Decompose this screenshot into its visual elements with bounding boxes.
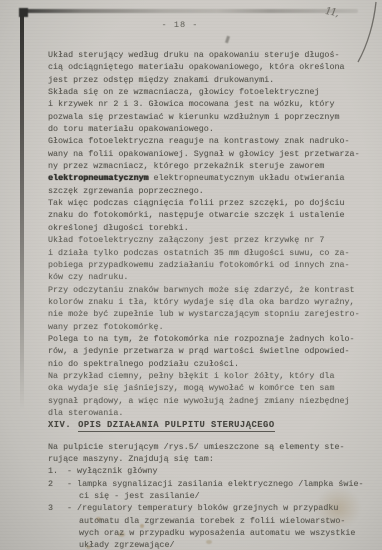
overtyped-word: elektropneumatycznym <box>48 173 149 183</box>
document-body: Układ sterujący według druku na opakowan… <box>48 49 370 550</box>
text-line: i działa tylko podczas ostatnich 35 mm d… <box>48 247 370 259</box>
text-line: Głowica fotoelektryczna reaguje na kontr… <box>48 135 370 147</box>
list-item: 3 - /regulatory temperatury bloków grzej… <box>48 502 370 550</box>
text-line: Na pulpicie sterującym /rys.5/ umieszczo… <box>48 441 370 453</box>
list-item-marker: 3 <box>48 502 67 550</box>
list-item-body: - lampka sygnalizacji zasilania elektryc… <box>67 478 370 503</box>
page-number: - 18 - <box>148 20 212 30</box>
paragraph: Głowica fotoelektryczna reaguje na kontr… <box>48 135 370 197</box>
list-item-marker: 2 <box>48 478 67 503</box>
text-line: Na przykład ciemny, pełny błękit i kolor… <box>48 370 370 382</box>
scan-edge-top <box>22 9 358 13</box>
text-line: sygnał prądowy, a więc nie wywołują żadn… <box>48 395 370 407</box>
paragraph: Na przykład ciemny, pełny błękit i kolor… <box>48 370 370 419</box>
text-line: pozwala się przestawiać w kierunku wzdłu… <box>48 111 370 123</box>
text-span: elektropneumatycznym układu otwierania <box>149 173 345 183</box>
text-line: Układ sterujący według druku na opakowan… <box>48 49 370 61</box>
list-item: 1. - wyłącznik główny <box>48 465 370 477</box>
text-line: jest przez odstęp między znakami drukowa… <box>48 74 370 86</box>
list-item-marker: 1. <box>48 465 67 477</box>
text-line: nio do spektralnego podziału czułości. <box>48 358 370 370</box>
paragraph: Układ sterujący według druku na opakowan… <box>48 49 370 86</box>
text-line: oka wydaje się jaśniejszy, mogą wywołać … <box>48 382 370 394</box>
text-line: Układ fotoelektryczny załączony jest prz… <box>48 234 370 246</box>
paragraph: Układ fotoelektryczny załączony jest prz… <box>48 234 370 283</box>
ink-speck <box>225 36 230 44</box>
text-line: elektropneumatycznym elektropneumatyczny… <box>48 172 370 184</box>
text-line: szczęk zgrzewania poprzecznego. <box>48 185 370 197</box>
scanned-page: - 18 - 11, Układ sterujący według druku … <box>0 0 382 550</box>
text-line: Przy odczytaniu znaków barwnych może się… <box>48 284 370 296</box>
text-line: - /regulatory temperatury bloków grzejny… <box>67 502 370 514</box>
text-line: układy zgrzewające/ <box>67 539 370 550</box>
text-line: rujące maszyny. Znajdują się tam: <box>48 453 370 465</box>
text-line: automatu dla zgrzewania torebek z folii … <box>67 515 370 527</box>
text-line: kolorów znaku i tła, który wydaje się dl… <box>48 296 370 308</box>
text-line: - wyłącznik główny <box>67 465 370 477</box>
text-line: Składa się on ze wzmacniacza, głowicy fo… <box>48 86 370 98</box>
paragraph: Polega to na tym, że fotokomórka nie roz… <box>48 333 370 370</box>
text-line: wany na folii opakowaniowej. Sygnał w gł… <box>48 148 370 160</box>
list-intro: Na pulpicie sterującym /rys.5/ umieszczo… <box>48 441 370 466</box>
section-number: XIV. <box>48 420 71 430</box>
section-title: OPIS DZIAŁANIA PULPITU STERUJĄCEGO <box>78 420 275 432</box>
text-line: określonej długości torebki. <box>48 222 370 234</box>
list-item: 2 - lampka sygnalizacji zasilania elektr… <box>48 478 370 503</box>
text-line: - lampka sygnalizacji zasilania elektryc… <box>67 478 370 490</box>
paragraph: Tak więc podczas ciągnięcia folii przez … <box>48 197 370 234</box>
paragraph: Składa się on ze wzmacniacza, głowicy fo… <box>48 86 370 135</box>
scan-edge-left <box>20 9 24 409</box>
text-line: ny przez wzmacniacz, którego przekaźnik … <box>48 160 370 172</box>
text-line: nie może być zupełnie lub w wystarczając… <box>48 308 370 320</box>
list-item-body: - wyłącznik główny <box>67 465 370 477</box>
text-line: rów, a jedynie przetwarza w prąd wartośc… <box>48 345 370 357</box>
text-line: znaku do fotokomórki, następuje otwarcie… <box>48 209 370 221</box>
list-item-body: - /regulatory temperatury bloków grzejny… <box>67 502 370 550</box>
text-line: do toru materiału opakowaniowego. <box>48 123 370 135</box>
text-line: pobiega przypadkowemu zadziałaniu fotoko… <box>48 259 370 271</box>
paragraph: Przy odczytaniu znaków barwnych może się… <box>48 284 370 333</box>
text-line: ci się - jest zasilanie/ <box>67 490 370 502</box>
text-line: dla sterowania. <box>48 407 370 419</box>
scan-corner-blot <box>19 8 28 17</box>
text-line: cią odciągniętego materiału opakowaniowe… <box>48 61 370 73</box>
text-line: Tak więc podczas ciągnięcia folii przez … <box>48 197 370 209</box>
section-heading: XIV.OPIS DZIAŁANIA PULPITU STERUJĄCEGO <box>48 419 370 431</box>
text-line: wany przez fotokomórkę. <box>48 321 370 333</box>
text-line: wych oraz w przypadku wyposażenia automa… <box>67 527 370 539</box>
text-line: Polega to na tym, że fotokomórka nie roz… <box>48 333 370 345</box>
text-line: ków czy nadruku. <box>48 271 370 283</box>
handwritten-mark: 11, <box>324 6 339 19</box>
text-line: i krzywek nr 2 i 3. Głowica mocowana jes… <box>48 98 370 110</box>
